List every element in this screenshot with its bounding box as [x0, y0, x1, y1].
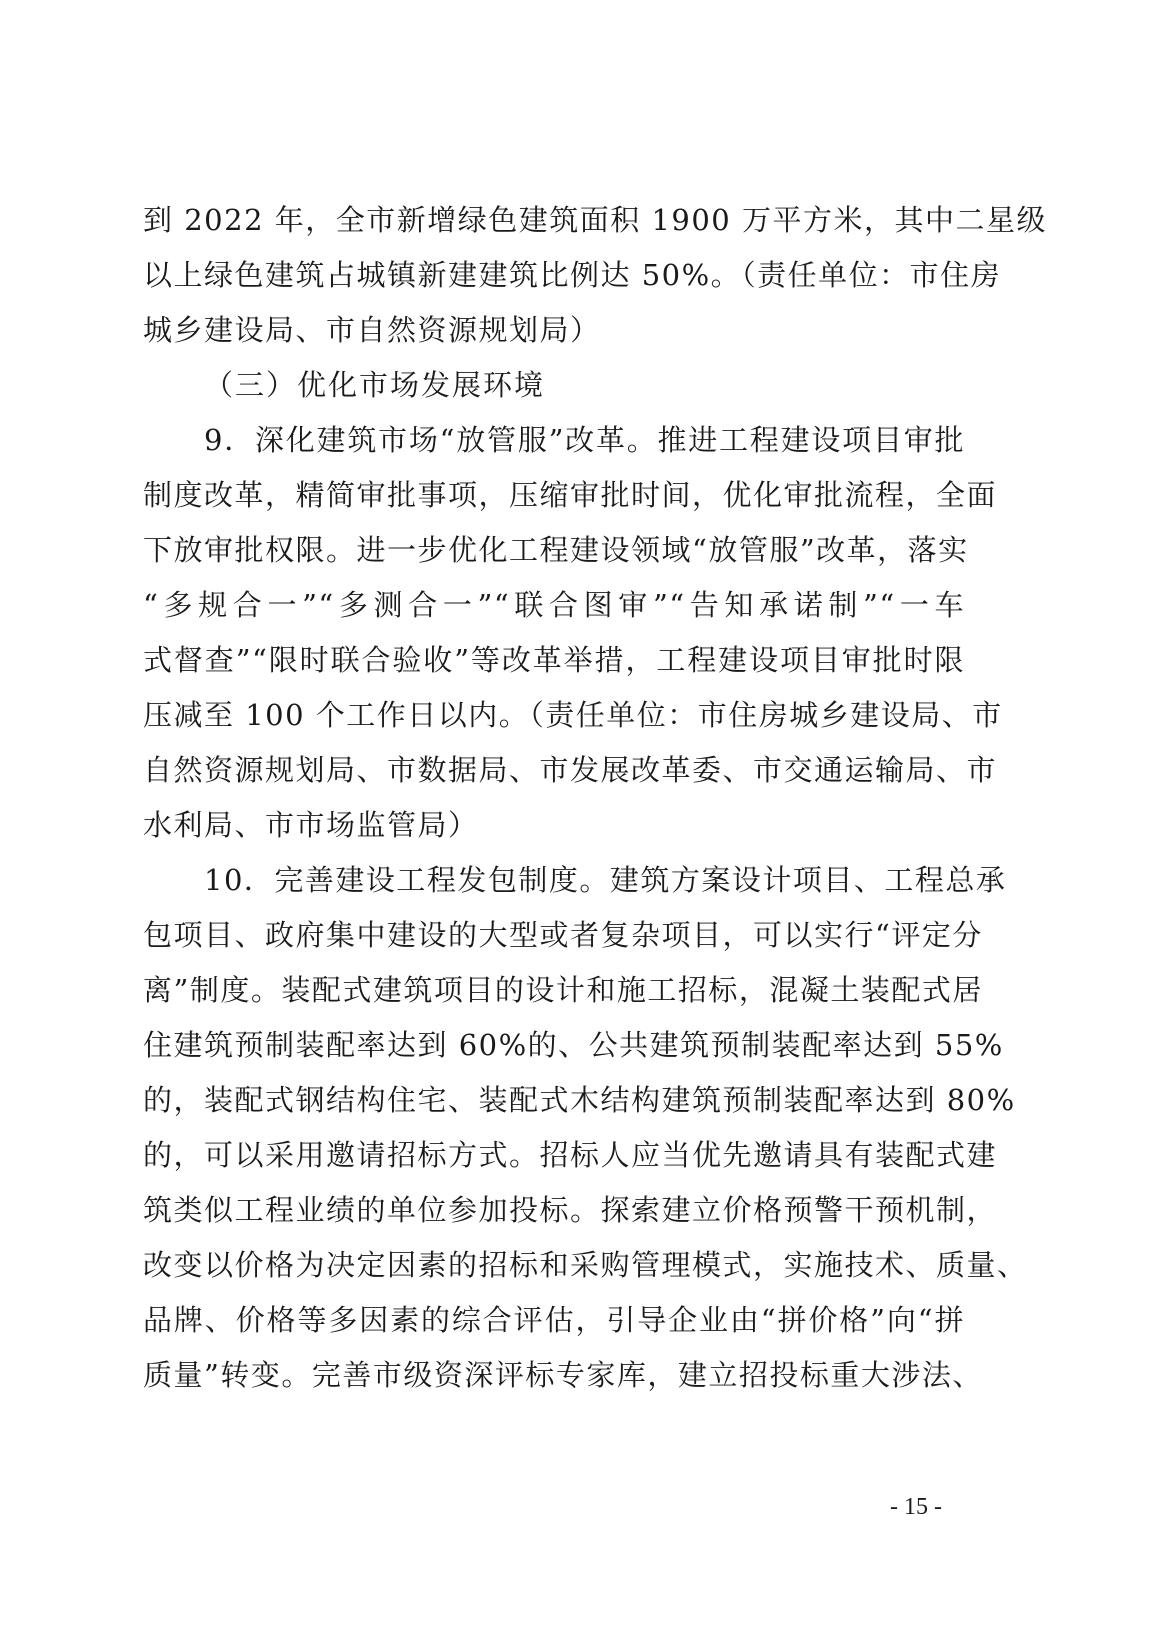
- text-line: 自然资源规划局、市数据局、市发展改革委、市交通运输局、市: [143, 750, 965, 790]
- text-line: 水利局、市市场监管局）: [143, 805, 965, 845]
- text-line: “多规合一”“多测合一”“联合图审”“告知承诺制”“一车: [143, 585, 965, 625]
- section-heading: （三）优化市场发展环境: [204, 365, 545, 405]
- text-line: 式督查”“限时联合验收”等改革举措，工程建设项目审批时限: [143, 640, 965, 680]
- text-line: 以上绿色建筑占城镇新建建筑比例达 50%。（责任单位：市住房: [143, 255, 965, 295]
- text-line: 制度改革，精简审批事项，压缩审批时间，优化审批流程，全面: [143, 475, 965, 515]
- page-number: - 15 -: [890, 1492, 942, 1522]
- text-line: 包项目、政府集中建设的大型或者复杂项目，可以实行“评定分: [143, 915, 965, 955]
- text-line: 改变以价格为决定因素的招标和采购管理模式，实施技术、质量、: [143, 1245, 965, 1285]
- text-line: 下放审批权限。进一步优化工程建设领域“放管服”改革，落实: [143, 530, 965, 570]
- text-line: 压减至 100 个工作日以内。（责任单位：市住房城乡建设局、市: [143, 695, 965, 735]
- text-line: 质量”转变。完善市级资深评标专家库，建立招投标重大涉法、: [143, 1355, 965, 1395]
- document-page: 到 2022 年，全市新增绿色建筑面积 1900 万平方米，其中二星级以上绿色建…: [0, 0, 1158, 1637]
- text-line: 离”制度。装配式建筑项目的设计和施工招标，混凝土装配式居: [143, 970, 965, 1010]
- text-line: 9．深化建筑市场“放管服”改革。推进工程建设项目审批: [204, 420, 965, 460]
- text-line: 到 2022 年，全市新增绿色建筑面积 1900 万平方米，其中二星级: [143, 200, 965, 240]
- text-line: 的，可以采用邀请招标方式。招标人应当优先邀请具有装配式建: [143, 1135, 965, 1175]
- text-line: 的，装配式钢结构住宅、装配式木结构建筑预制装配率达到 80%: [143, 1080, 965, 1120]
- text-line: 住建筑预制装配率达到 60%的、公共建筑预制装配率达到 55%: [143, 1025, 965, 1065]
- text-line: 筑类似工程业绩的单位参加投标。探索建立价格预警干预机制，: [143, 1190, 965, 1230]
- text-line: 10．完善建设工程发包制度。建筑方案设计项目、工程总承: [204, 860, 965, 900]
- text-line: 品牌、价格等多因素的综合评估，引导企业由“拼价格”向“拼: [143, 1300, 965, 1340]
- text-line: 城乡建设局、市自然资源规划局）: [143, 310, 965, 350]
